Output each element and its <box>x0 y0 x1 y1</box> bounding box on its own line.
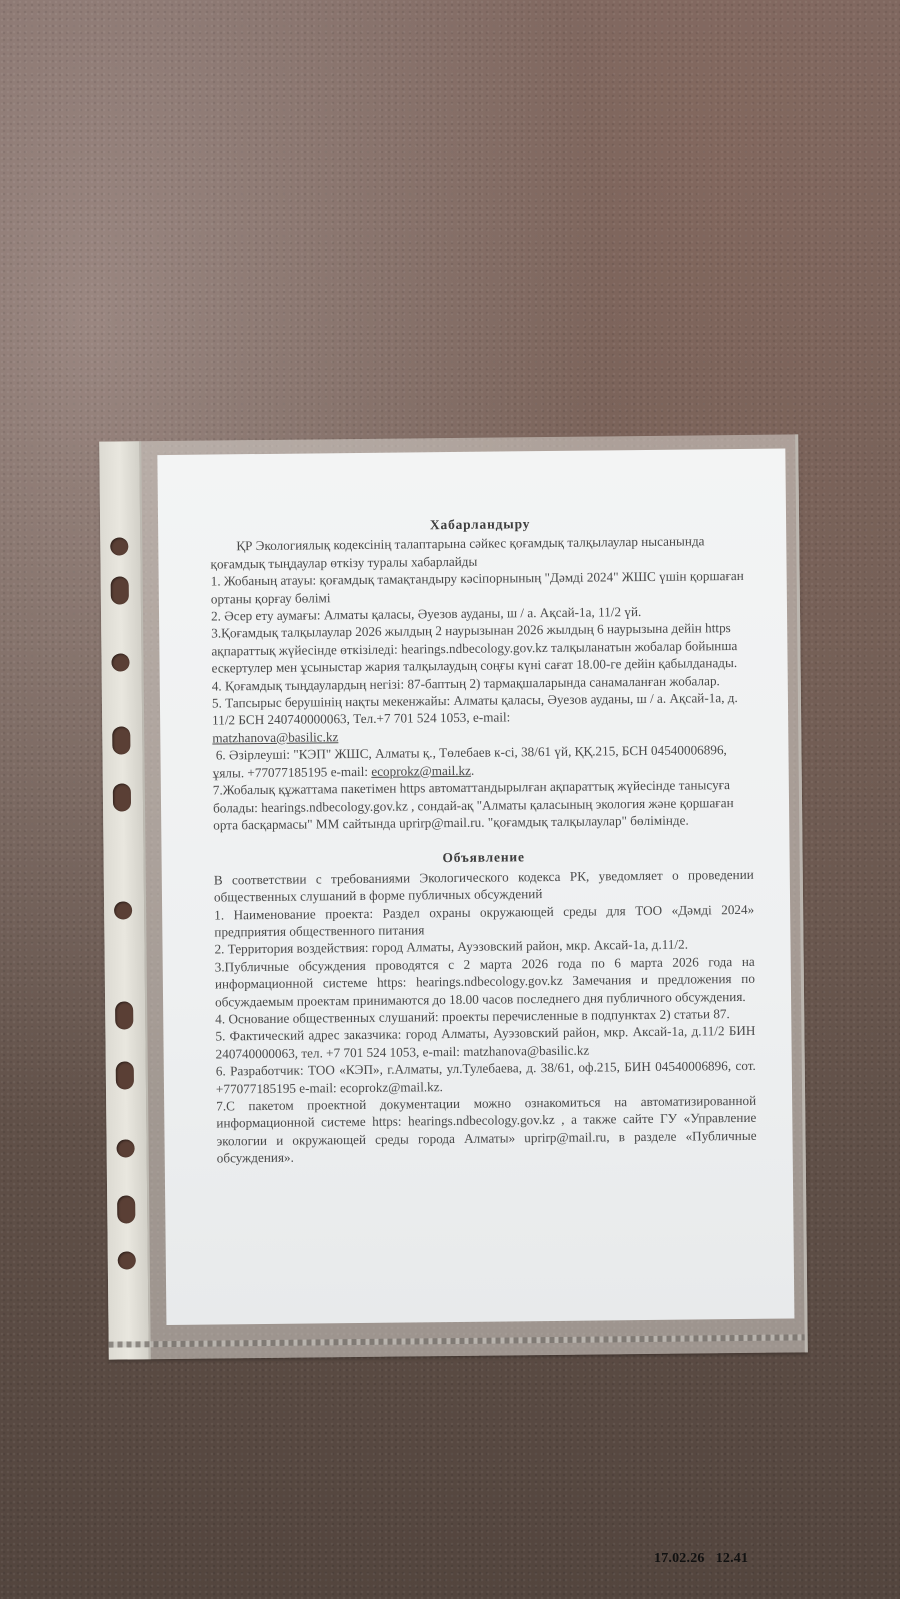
notice-ru-item-3: 3.Публичные обсуждения проводятся с 2 ма… <box>215 953 756 1011</box>
punch-hole-icon <box>111 576 129 604</box>
notice-kz-item-1: 1. Жобаның атауы: қоғамдық тамақтандыру … <box>211 567 751 607</box>
protector-seam <box>109 1334 805 1347</box>
punch-hole-icon <box>114 901 132 919</box>
notice-ru-item-6: 6. Разработчик: ТОО «КЭП», г.Алматы, ул.… <box>216 1057 756 1097</box>
punch-hole-icon <box>112 726 130 754</box>
image-edge-strip <box>900 0 920 1599</box>
notice-kz-item-6-email: ecoprokz@mail.kz <box>371 762 471 778</box>
notice-kz-item-6: 6. Әзірлеуші: "КЭП" ЖШС, Алматы қ., Төле… <box>212 741 752 781</box>
notice-kz-item-3: 3.Қоғамдық талқылаулар 2026 жылдың 2 нау… <box>211 619 752 677</box>
notice-kz-intro: ҚР Экологиялық кодексінің талаптарына сә… <box>210 532 750 572</box>
punch-hole-icon <box>111 653 129 671</box>
punch-hole-icon <box>110 537 128 555</box>
notice-kz-item-6-end: . <box>471 762 474 777</box>
punch-strip <box>99 441 151 1359</box>
photo-timestamp: 17.02.26 12.41 <box>654 1551 748 1567</box>
notice-ru-item-1: 1. Наименование проекта: Раздел охраны о… <box>214 900 754 940</box>
notice-ru-item-5: 5. Фактический адрес заказчика: город Ал… <box>215 1022 755 1062</box>
punch-hole-icon <box>117 1195 135 1223</box>
notice-ru-item-7: 7.С пакетом проектной документации можно… <box>216 1092 757 1167</box>
notice-kz-item-5: 5. Тапсырыс берушінің нақты мекенжайы: А… <box>212 689 752 729</box>
punch-hole-icon <box>116 1061 134 1089</box>
notice-ru-intro: В соответствии с требованиями Экологичес… <box>214 866 754 906</box>
punch-hole-icon <box>115 1001 133 1029</box>
sheet-protector: Хабарландыру ҚР Экологиялық кодексінің т… <box>99 434 808 1359</box>
punch-hole-icon <box>113 783 131 811</box>
notice-paper: Хабарландыру ҚР Экологиялық кодексінің т… <box>157 449 794 1326</box>
punch-hole-icon <box>118 1251 136 1269</box>
notice-kz-item-7: 7.Жобалық құжаттама пакетімен https авто… <box>213 776 754 834</box>
punch-hole-icon <box>117 1139 135 1157</box>
